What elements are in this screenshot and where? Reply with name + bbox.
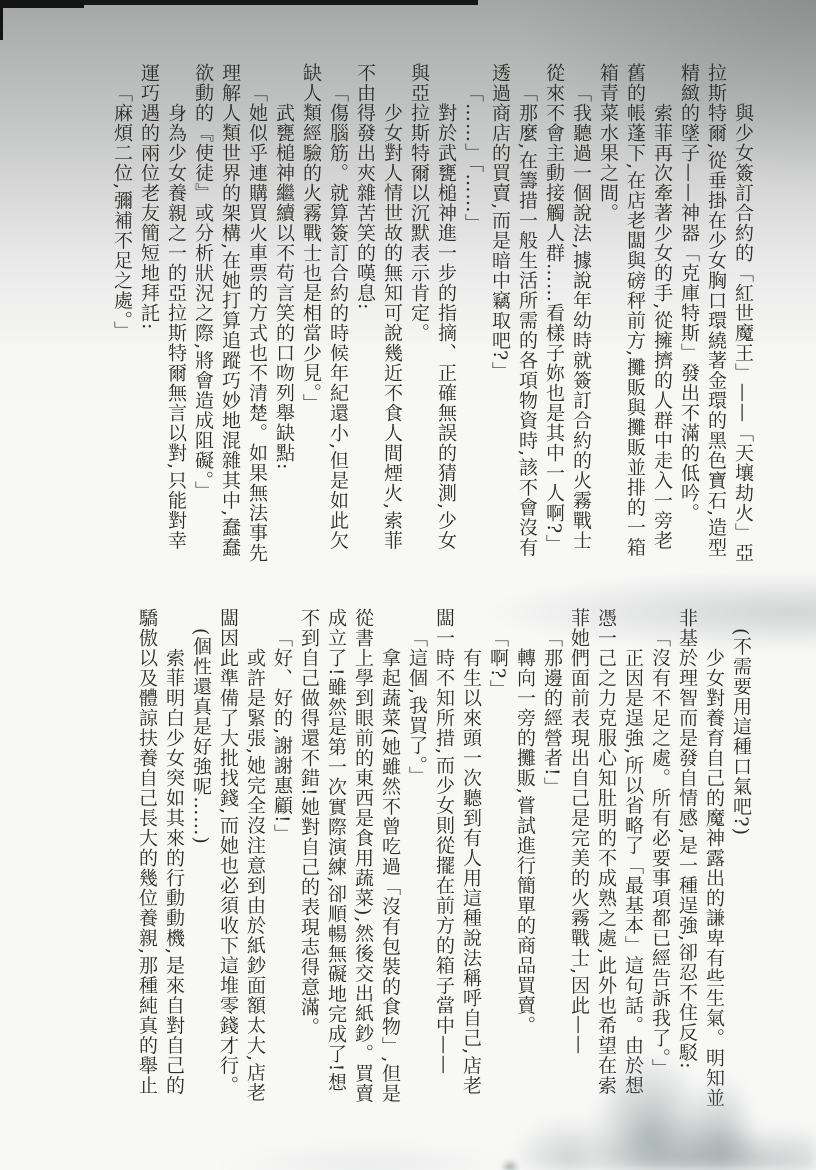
paragraph: 武甕槌神繼續以不苟言笑的口吻列舉缺點: bbox=[270, 63, 297, 565]
upper-page-text-block: 與少女簽訂合約的「紅世魔王」——「天壤劫火」亞拉斯特爾,從垂掛在少女胸口環繞著金… bbox=[108, 63, 756, 565]
paragraph-dialogue: 「我聽過一個說法,據說年幼時就簽訂合約的火霧戰士從來不會主動接觸人群……看樣子妳… bbox=[540, 63, 594, 565]
paragraph-dialogue: 「傷腦筋。就算簽訂合約的時候年紀還小,但是如此欠缺人類經驗的火霧戰士也是相當少見… bbox=[297, 63, 351, 565]
scan-edge-top-bar-corner bbox=[0, 0, 84, 8]
scan-edge-left-bar bbox=[0, 0, 3, 40]
paragraph: 索菲明白少女突如其來的行動動機,是來自對自己的驕傲以及體諒扶養自己長大的幾位養親… bbox=[133, 608, 187, 1110]
scan-smudge-spot bbox=[495, 1142, 525, 1170]
paragraph: 或許是緊張,她完全沒注意到由於紙鈔面額太大,店老闆因此準備了大批找錢,而她也必須… bbox=[214, 608, 268, 1110]
paragraph-dialogue: 「麻煩二位,彌補不足之處。」 bbox=[108, 63, 135, 565]
paragraph-dialogue: 「她似乎連購買火車票的方式也不清楚。如果無法事先理解人類世界的架構,在她打算追蹤… bbox=[189, 63, 270, 565]
scanned-novel-page: 與少女簽訂合約的「紅世魔王」——「天壤劫火」亞拉斯特爾,從垂掛在少女胸口環繞著金… bbox=[0, 0, 816, 1170]
paragraph-thought: (個性還真是好強呢……) bbox=[187, 608, 214, 1110]
paragraph: 身為少女養親之一的亞拉斯特爾無言以對,只能對幸運巧遇的兩位老友簡短地拜託: bbox=[135, 63, 189, 565]
paragraph-dialogue: 「好、好的,謝謝惠顧!」 bbox=[268, 608, 295, 1110]
paragraph-dialogue: 「那麼,在籌措一般生活所需的各項物資時,該不會沒有透過商店的買賣,而是暗中竊取吧… bbox=[486, 63, 540, 565]
paragraph: 少女對人情世故的無知可說幾近不食人間煙火,索菲不由得發出夾雜苦笑的嘆息: bbox=[351, 63, 405, 565]
paragraph: 拿起蔬菜(她雖然不曾吃過「沒有包裝的食物」,但是從書上學到眼前的東西是食用蔬菜)… bbox=[295, 608, 403, 1110]
paragraph-dialogue: 「這個,我買了。」 bbox=[403, 608, 430, 1110]
paragraph: 索菲再次牽著少女的手,從擁擠的人群中走入一旁老舊的帳蓬下,在店老闆與磅秤前方,攤… bbox=[594, 63, 675, 565]
paragraph: 與少女簽訂合約的「紅世魔王」——「天壤劫火」亞拉斯特爾,從垂掛在少女胸口環繞著金… bbox=[675, 63, 756, 565]
paragraph: 對於武甕槌神進一步的指摘、正確無誤的猜測,少女與亞拉斯特爾以沉默表示肯定。 bbox=[405, 63, 459, 565]
paragraph-dialogue: 「……」「……」 bbox=[459, 63, 486, 565]
